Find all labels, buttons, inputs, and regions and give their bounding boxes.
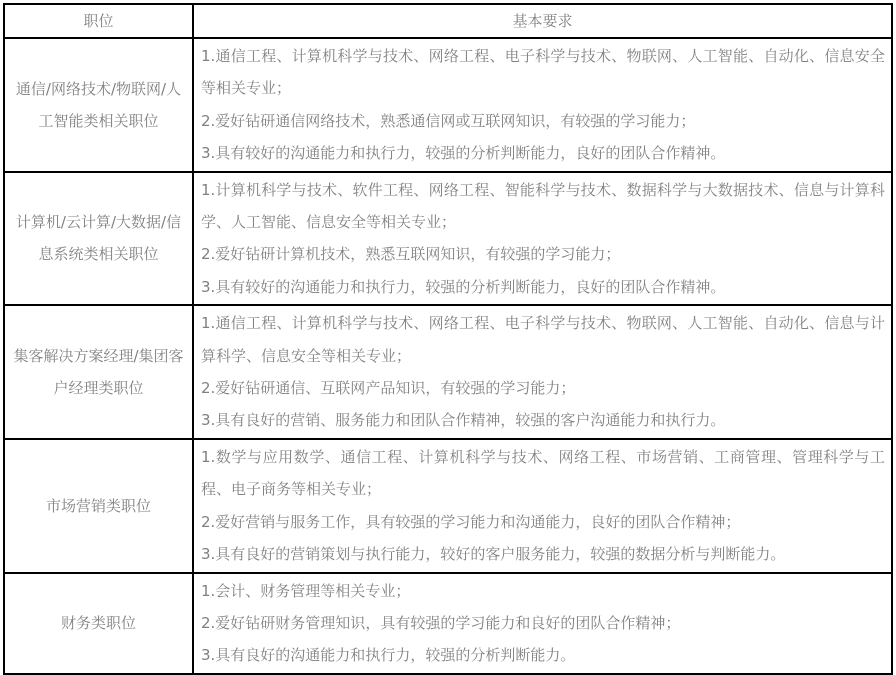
position-cell: 计算机/云计算/大数据/信息系统类相关职位 — [4, 172, 193, 306]
requirement-item: 3.具有良好的沟通能力和执行力，较强的分析判断能力。 — [201, 639, 885, 655]
requirement-item: 1.通信工程、计算机科学与技术、网络工程、电子科学与技术、物联网、人工智能、自动… — [201, 307, 885, 372]
requirement-item: 1.通信工程、计算机科学与技术、网络工程、电子科学与技术、物联网、人工智能、自动… — [201, 40, 885, 105]
job-requirements-table: 职位 基本要求 通信/网络技术/物联网/人工智能类相关职位 1.通信工程、计算机… — [3, 3, 893, 655]
requirement-item: 3.具有良好的营销策划与执行能力，较好的客户服务能力，较强的数据分析与判断能力。 — [201, 538, 885, 570]
requirement-item: 1.会计、财务管理等相关专业； — [201, 575, 885, 607]
header-position: 职位 — [4, 4, 193, 38]
requirements-cell: 1.数学与应用数学、通信工程、计算机科学与技术、网络工程、市场营销、工商管理、管… — [193, 439, 892, 573]
requirement-item: 1.数学与应用数学、通信工程、计算机科学与技术、网络工程、市场营销、工商管理、管… — [201, 441, 885, 506]
requirement-item: 3.具有较好的沟通能力和执行力，较强的分析判断能力，良好的团队合作精神。 — [201, 271, 885, 303]
requirement-item: 2.爱好钻研计算机技术，熟悉互联网知识，有较强的学习能力； — [201, 238, 885, 270]
requirements-cell: 1.通信工程、计算机科学与技术、网络工程、电子科学与技术、物联网、人工智能、自动… — [193, 305, 892, 439]
table-row: 计算机/云计算/大数据/信息系统类相关职位 1.计算机科学与技术、软件工程、网络… — [4, 172, 892, 306]
requirement-item: 3.具有良好的营销、服务能力和团队合作精神，较强的客户沟通能力和执行力。 — [201, 404, 885, 436]
requirement-item: 2.爱好钻研通信网络技术，熟悉通信网或互联网知识，有较强的学习能力； — [201, 105, 885, 137]
position-cell: 财务类职位 — [4, 573, 193, 656]
requirements-cell: 1.会计、财务管理等相关专业； 2.爱好钻研财务管理知识，具有较强的学习能力和良… — [193, 573, 892, 656]
requirement-item: 3.具有较好的沟通能力和执行力，较强的分析判断能力，良好的团队合作精神。 — [201, 137, 885, 169]
table-row: 市场营销类职位 1.数学与应用数学、通信工程、计算机科学与技术、网络工程、市场营… — [4, 439, 892, 573]
requirement-item: 1.计算机科学与技术、软件工程、网络工程、智能科学与技术、数据科学与大数据技术、… — [201, 174, 885, 239]
table-row: 通信/网络技术/物联网/人工智能类相关职位 1.通信工程、计算机科学与技术、网络… — [4, 38, 892, 172]
position-cell: 集客解决方案经理/集团客户经理类职位 — [4, 305, 193, 439]
header-requirements: 基本要求 — [193, 4, 892, 38]
requirement-item: 2.爱好钻研财务管理知识，具有较强的学习能力和良好的团队合作精神； — [201, 607, 885, 639]
position-cell: 市场营销类职位 — [4, 439, 193, 573]
requirement-item: 2.爱好钻研通信、互联网产品知识，有较强的学习能力； — [201, 372, 885, 404]
table-row: 财务类职位 1.会计、财务管理等相关专业； 2.爱好钻研财务管理知识，具有较强的… — [4, 573, 892, 656]
table-row: 集客解决方案经理/集团客户经理类职位 1.通信工程、计算机科学与技术、网络工程、… — [4, 305, 892, 439]
requirements-cell: 1.计算机科学与技术、软件工程、网络工程、智能科学与技术、数据科学与大数据技术、… — [193, 172, 892, 306]
requirement-item: 2.爱好营销与服务工作，具有较强的学习能力和沟通能力，良好的团队合作精神； — [201, 506, 885, 538]
position-cell: 通信/网络技术/物联网/人工智能类相关职位 — [4, 38, 193, 172]
table-header-row: 职位 基本要求 — [4, 4, 892, 38]
requirements-cell: 1.通信工程、计算机科学与技术、网络工程、电子科学与技术、物联网、人工智能、自动… — [193, 38, 892, 172]
